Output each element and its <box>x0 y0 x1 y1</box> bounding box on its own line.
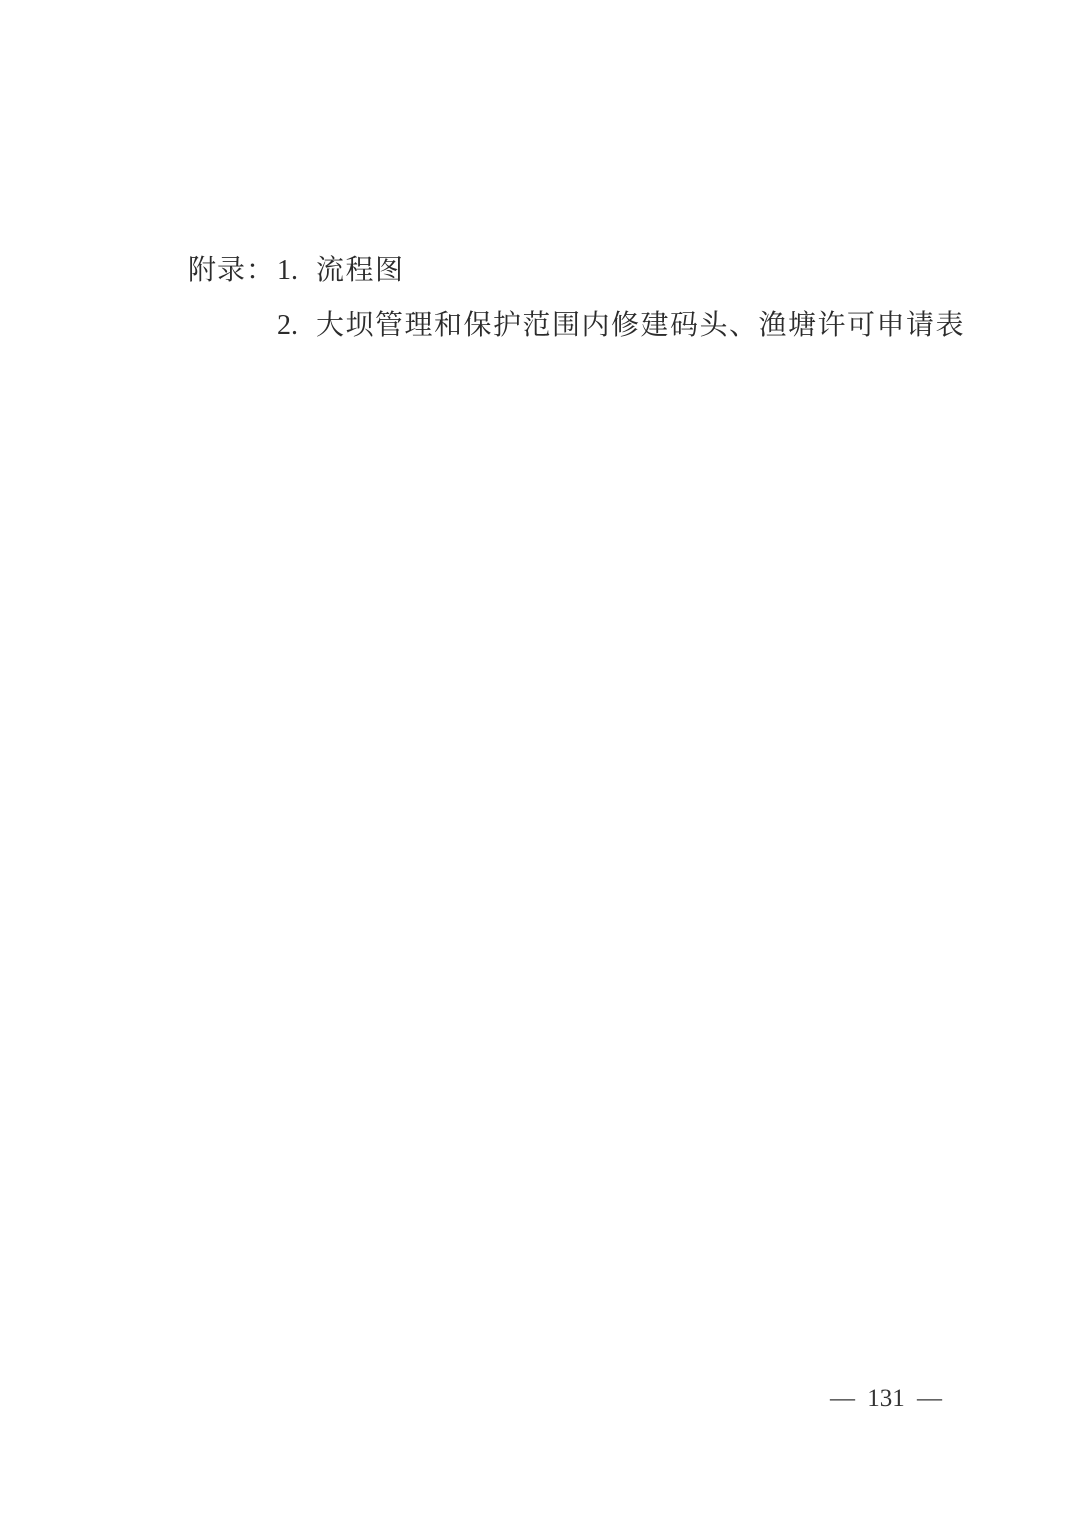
appendix-block: 附录： 1. 流程图 2. 大坝管理和保护范围内修建码头、渔塘许可申请表 <box>188 243 965 353</box>
appendix-line-2: 2. 大坝管理和保护范围内修建码头、渔塘许可申请表 <box>277 298 965 353</box>
appendix-label: 附录： <box>188 243 275 298</box>
appendix-item-2-number: 2. <box>277 298 298 353</box>
page-number: — 131 — <box>830 1384 942 1414</box>
appendix-item-1-number: 1. <box>277 243 298 298</box>
document-page: 附录： 1. 流程图 2. 大坝管理和保护范围内修建码头、渔塘许可申请表 — 1… <box>0 0 1074 1520</box>
appendix-line-1: 附录： 1. 流程图 <box>188 243 965 298</box>
appendix-item-1-title: 流程图 <box>316 243 405 298</box>
appendix-item-2-title: 大坝管理和保护范围内修建码头、渔塘许可申请表 <box>316 298 965 353</box>
